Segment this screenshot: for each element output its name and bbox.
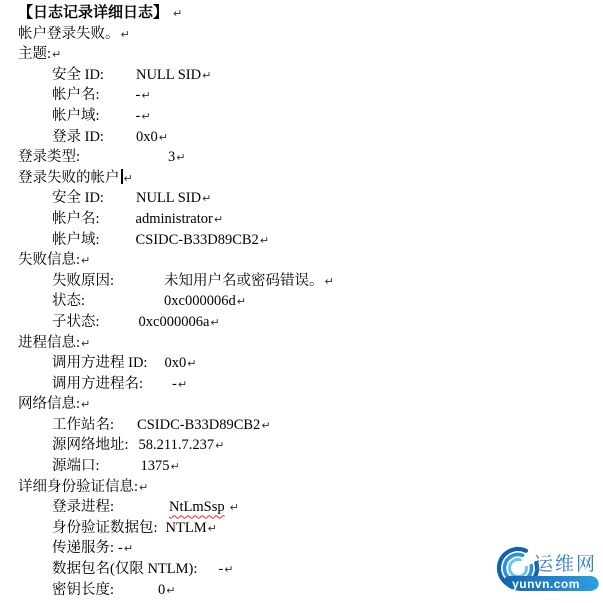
tab-space (100, 325, 139, 326)
line-break-mark: ↵ (81, 254, 90, 267)
section-label: 详细身份验证信息: (18, 479, 138, 495)
tab-space (100, 98, 136, 99)
section-label: 进程信息: (18, 335, 80, 351)
field-label: 源网络地址: (52, 437, 129, 453)
tab-space (114, 284, 164, 285)
field-value: 0x0 (164, 355, 186, 371)
tab-space (100, 119, 136, 120)
section-label: 主题: (18, 46, 51, 62)
tab-space (129, 448, 139, 449)
section-label: 网络信息: (18, 396, 80, 412)
tab-space (104, 78, 136, 79)
site-name-text: 运维网 (534, 553, 597, 575)
yunvn-watermark: 运维网 yunvn.com (486, 538, 601, 603)
line-break-mark: ↵ (124, 172, 133, 185)
log-field-row: 调用方进程 ID:0x0↵ (0, 353, 603, 374)
field-value: - (118, 540, 123, 556)
log-field-row: 状态:0xc000006d↵ (0, 291, 603, 312)
line-break-mark: ↵ (202, 69, 211, 82)
site-url-text: yunvn.com (512, 577, 580, 591)
field-label: 数据包名(仅限 NTLM): (52, 561, 197, 577)
line-break-mark: ↵ (124, 542, 133, 555)
field-label: 登录 ID: (52, 129, 104, 145)
line-break-mark: ↵ (139, 481, 148, 494)
field-label: 工作站名: (52, 417, 114, 433)
section-header: 详细身份验证信息:↵ (0, 477, 603, 498)
field-value: 0 (158, 582, 165, 598)
log-field-row: 帐户域:-↵ (0, 106, 603, 127)
document-text-area[interactable]: 【日志记录详细日志】↵ 帐户登录失败。↵ 主题:↵ 安全 ID:NULL SID… (0, 0, 603, 600)
log-field-row: 源网络地址:58.211.7.237↵ (0, 435, 603, 456)
log-field-row: 安全 ID:NULL SID↵ (0, 188, 603, 209)
line-break-mark: ↵ (121, 28, 130, 41)
field-value: NTLM (166, 520, 207, 536)
field-value: 1375 (141, 458, 170, 474)
section-header: 登录失败的帐户↵ (0, 168, 603, 189)
tab-space (80, 160, 168, 161)
line-break-mark: ↵ (208, 522, 217, 535)
log-field-row: 登录进程:NtLmSsp↵ (0, 497, 603, 518)
line-break-mark: ↵ (81, 337, 90, 350)
log-field-row: 身份验证数据包:NTLM↵ (0, 518, 603, 539)
line-break-mark: ↵ (224, 563, 233, 576)
tab-space (114, 428, 137, 429)
line-break-mark: ↵ (81, 398, 90, 411)
field-value: administrator (136, 211, 213, 227)
line-break-mark: ↵ (215, 439, 224, 452)
log-title-row: 【日志记录详细日志】↵ (0, 3, 603, 24)
log-field-row: 帐户域:CSIDC-B33D89CB2↵ (0, 230, 603, 251)
yunvn-logo-graphic: 运维网 yunvn.com (486, 538, 601, 598)
field-label: 帐户名: (52, 211, 100, 227)
field-value: 未知用户名或密码错误。 (164, 273, 324, 289)
field-value: - (218, 561, 223, 577)
field-value: NULL SID (136, 190, 201, 206)
field-label: 失败原因: (52, 273, 114, 289)
log-field-row: 安全 ID:NULL SID↵ (0, 65, 603, 86)
line-break-mark: ↵ (230, 501, 239, 514)
log-field-row: 帐户名:administrator↵ (0, 209, 603, 230)
field-label: 帐户域: (52, 108, 100, 124)
field-value: - (136, 108, 141, 124)
section-header: 网络信息:↵ (0, 394, 603, 415)
field-label: 状态: (52, 293, 85, 309)
section-header: 失败信息:↵ (0, 250, 603, 271)
tab-space (147, 366, 164, 367)
line-break-mark: ↵ (214, 213, 223, 226)
log-field-row: 登录类型:3↵ (0, 147, 603, 168)
line-break-mark: ↵ (171, 460, 180, 473)
line-break-mark: ↵ (202, 192, 211, 205)
section-label: 失败信息: (18, 252, 80, 268)
tab-space (104, 201, 136, 202)
log-field-row: 工作站名:CSIDC-B33D89CB2↵ (0, 415, 603, 436)
field-value: - (136, 87, 141, 103)
log-field-row: 子状态:0xc000006a↵ (0, 312, 603, 333)
field-value-spellcheck: NtLmSsp (169, 499, 225, 515)
field-value: CSIDC-B33D89CB2 (137, 417, 260, 433)
field-value: - (172, 376, 177, 392)
line-break-mark: ↵ (52, 48, 61, 61)
field-label: 调用方进程名: (52, 376, 143, 392)
line-break-mark: ↵ (187, 357, 196, 370)
line-break-mark: ↵ (159, 131, 168, 144)
line-break-mark: ↵ (141, 89, 150, 102)
log-field-row: 调用方进程名:-↵ (0, 374, 603, 395)
field-label: 帐户名: (52, 87, 100, 103)
tab-space (85, 304, 164, 305)
log-field-row: 源端口:1375↵ (0, 456, 603, 477)
section-label: 登录失败的帐户 (18, 170, 120, 186)
field-label: 登录进程: (52, 499, 114, 515)
log-field-row: 登录 ID:0x0↵ (0, 127, 603, 148)
line-break-mark: ↵ (176, 151, 185, 164)
tab-space (158, 531, 166, 532)
field-label: 源端口: (52, 458, 100, 474)
line-break-mark: ↵ (173, 7, 182, 20)
tab-space (114, 593, 158, 594)
field-value: 58.211.7.237 (139, 437, 215, 453)
log-field-row: 失败原因:未知用户名或密码错误。↵ (0, 271, 603, 292)
line-break-mark: ↵ (237, 295, 246, 308)
line-break-mark: ↵ (166, 584, 175, 597)
text-caret (121, 169, 123, 184)
field-label: 传递服务: (52, 540, 114, 556)
tab-space (197, 572, 218, 573)
tab-space (100, 243, 136, 244)
field-value: 0xc000006a (139, 314, 210, 330)
line-break-mark: ↵ (141, 110, 150, 123)
field-label: 帐户域: (52, 232, 100, 248)
field-value: 3 (168, 149, 175, 165)
field-value: 0xc000006d (164, 293, 236, 309)
field-value: 0x0 (136, 129, 158, 145)
field-label: 登录类型: (18, 149, 80, 165)
log-field-row: 帐户名:-↵ (0, 85, 603, 106)
section-header: 进程信息:↵ (0, 333, 603, 354)
field-label: 子状态: (52, 314, 100, 330)
tab-space (143, 387, 172, 388)
field-value: NULL SID (136, 67, 201, 83)
tab-space (100, 469, 141, 470)
line-break-mark: ↵ (260, 234, 269, 247)
log-line: 帐户登录失败。↵ (0, 24, 603, 45)
line-break-mark: ↵ (210, 316, 219, 329)
field-label: 密钥长度: (52, 582, 114, 598)
tab-space (114, 510, 169, 511)
log-text: 帐户登录失败。 (18, 26, 120, 42)
field-value: CSIDC-B33D89CB2 (136, 232, 259, 248)
field-label: 调用方进程 ID: (52, 355, 147, 371)
line-break-mark: ↵ (261, 419, 270, 432)
field-label: 身份验证数据包: (52, 520, 158, 536)
section-header: 主题:↵ (0, 44, 603, 65)
field-label: 安全 ID: (52, 67, 104, 83)
tab-space (104, 140, 136, 141)
log-title: 【日志记录详细日志】 (18, 5, 168, 21)
field-label: 安全 ID: (52, 190, 104, 206)
line-break-mark: ↵ (325, 275, 334, 288)
line-break-mark: ↵ (178, 378, 187, 391)
tab-space (100, 222, 136, 223)
